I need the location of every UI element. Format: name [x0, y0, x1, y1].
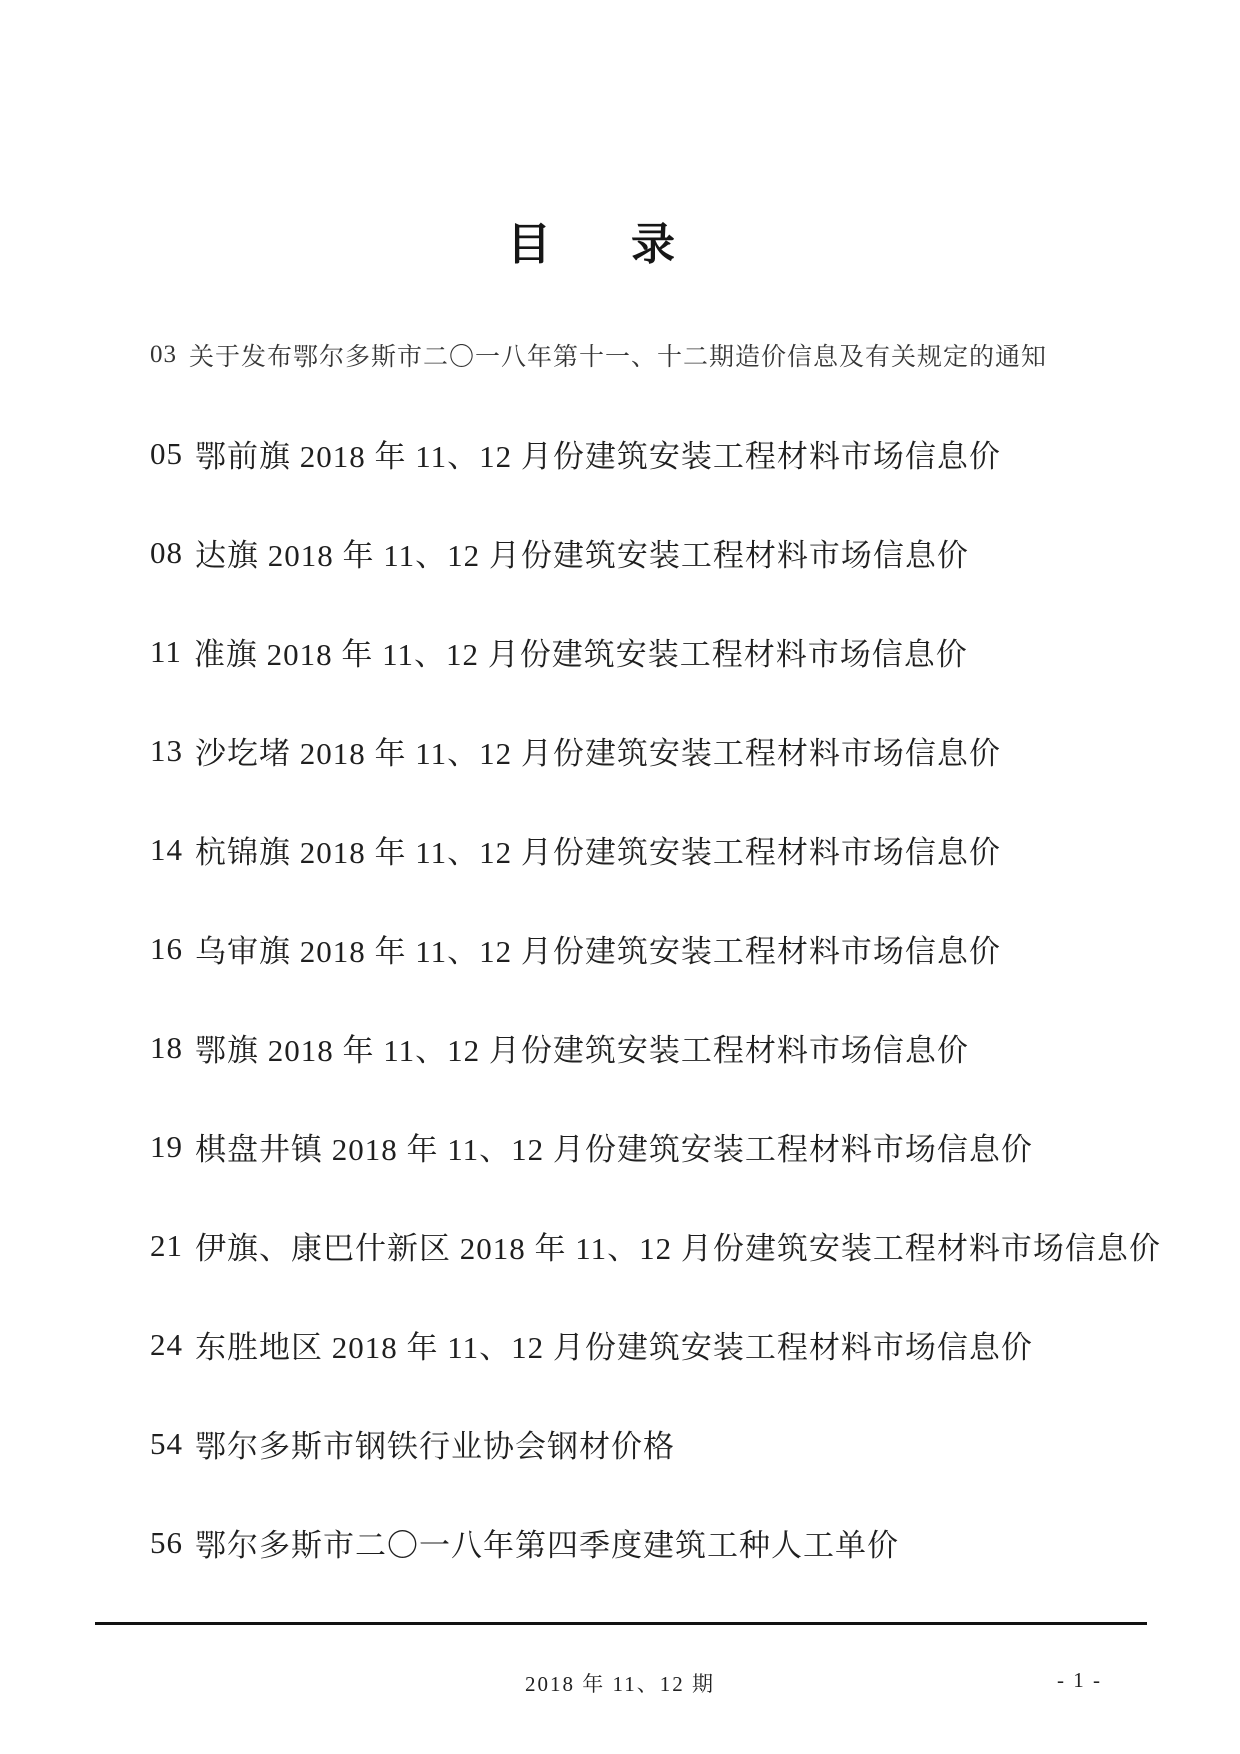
- toc-entry-title: 达旗 2018 年 11、12 月份建筑安装工程材料市场信息价: [195, 530, 969, 575]
- footer-issue-label: 2018 年 11、12 期: [0, 1668, 1240, 1698]
- toc-entry-page: 18: [150, 1030, 183, 1066]
- toc-entry-title: 杭锦旗 2018 年 11、12 月份建筑安装工程材料市场信息价: [195, 827, 1001, 872]
- toc-entry: 19 棋盘井镇 2018 年 11、12 月份建筑安装工程材料市场信息价: [150, 1097, 1150, 1196]
- toc-entry-page: 08: [150, 535, 183, 571]
- toc-entry-title: 乌审旗 2018 年 11、12 月份建筑安装工程材料市场信息价: [195, 926, 1001, 971]
- toc-entry-title: 准旗 2018 年 11、12 月份建筑安装工程材料市场信息价: [194, 629, 968, 674]
- toc-entry-page: 05: [150, 436, 183, 472]
- footer-divider: [95, 1622, 1147, 1625]
- toc-entry-page: 54: [150, 1426, 183, 1462]
- toc-entry-page: 11: [150, 634, 182, 670]
- toc-entry-page: 14: [150, 832, 183, 868]
- toc-entry: 03 关于发布鄂尔多斯市二〇一八年第十一、十二期造价信息及有关规定的通知: [150, 305, 1150, 404]
- toc-entry: 08 达旗 2018 年 11、12 月份建筑安装工程材料市场信息价: [150, 503, 1150, 602]
- footer-page-number: - 1 -: [1057, 1668, 1102, 1693]
- toc-entry-title: 鄂前旗 2018 年 11、12 月份建筑安装工程材料市场信息价: [195, 431, 1001, 476]
- toc-entry-title: 鄂旗 2018 年 11、12 月份建筑安装工程材料市场信息价: [195, 1025, 969, 1070]
- toc-entry-title: 东胜地区 2018 年 11、12 月份建筑安装工程材料市场信息价: [195, 1322, 1033, 1367]
- toc-entry: 05 鄂前旗 2018 年 11、12 月份建筑安装工程材料市场信息价: [150, 404, 1150, 503]
- toc-entry: 21 伊旗、康巴什新区 2018 年 11、12 月份建筑安装工程材料市场信息价: [150, 1196, 1150, 1295]
- toc-entry-title: 伊旗、康巴什新区 2018 年 11、12 月份建筑安装工程材料市场信息价: [195, 1223, 1161, 1268]
- toc-entry: 16 乌审旗 2018 年 11、12 月份建筑安装工程材料市场信息价: [150, 899, 1150, 998]
- toc-entry: 24 东胜地区 2018 年 11、12 月份建筑安装工程材料市场信息价: [150, 1295, 1150, 1394]
- toc-entry-page: 24: [150, 1327, 183, 1363]
- toc-entry-page: 13: [150, 733, 183, 769]
- document-page: 目 录 03 关于发布鄂尔多斯市二〇一八年第十一、十二期造价信息及有关规定的通知…: [0, 0, 1240, 1754]
- toc-entry: 56 鄂尔多斯市二〇一八年第四季度建筑工种人工单价: [150, 1493, 1150, 1592]
- toc-entry-title: 鄂尔多斯市钢铁行业协会钢材价格: [195, 1421, 675, 1466]
- toc-entry-page: 03: [150, 341, 177, 369]
- toc-entry: 11 准旗 2018 年 11、12 月份建筑安装工程材料市场信息价: [150, 602, 1150, 701]
- toc-entry-title: 沙圪堵 2018 年 11、12 月份建筑安装工程材料市场信息价: [195, 728, 1001, 773]
- toc-entry-page: 16: [150, 931, 183, 967]
- toc-entry: 54 鄂尔多斯市钢铁行业协会钢材价格: [150, 1394, 1150, 1493]
- table-of-contents: 03 关于发布鄂尔多斯市二〇一八年第十一、十二期造价信息及有关规定的通知 05 …: [150, 305, 1150, 1592]
- page-title: 目 录: [0, 208, 1212, 272]
- toc-entry: 14 杭锦旗 2018 年 11、12 月份建筑安装工程材料市场信息价: [150, 800, 1150, 899]
- toc-entry-title: 鄂尔多斯市二〇一八年第四季度建筑工种人工单价: [195, 1520, 899, 1565]
- toc-entry-page: 56: [150, 1525, 183, 1561]
- toc-entry-page: 19: [150, 1129, 183, 1165]
- toc-entry: 13 沙圪堵 2018 年 11、12 月份建筑安装工程材料市场信息价: [150, 701, 1150, 800]
- toc-entry-title: 关于发布鄂尔多斯市二〇一八年第十一、十二期造价信息及有关规定的通知: [189, 337, 1047, 373]
- toc-entry: 18 鄂旗 2018 年 11、12 月份建筑安装工程材料市场信息价: [150, 998, 1150, 1097]
- toc-entry-title: 棋盘井镇 2018 年 11、12 月份建筑安装工程材料市场信息价: [195, 1124, 1033, 1169]
- toc-entry-page: 21: [150, 1228, 183, 1264]
